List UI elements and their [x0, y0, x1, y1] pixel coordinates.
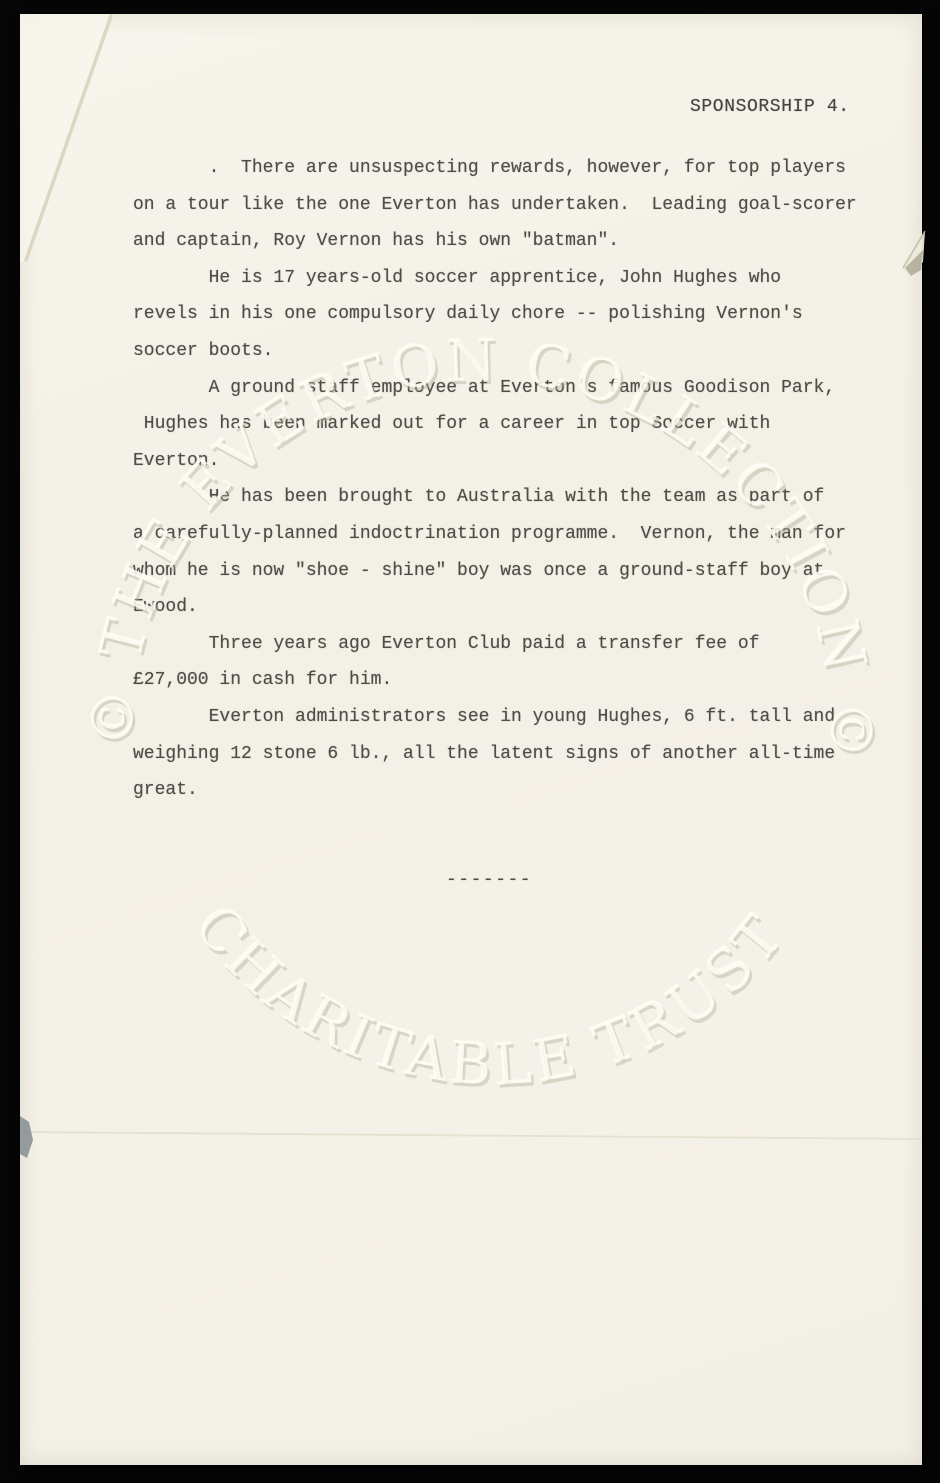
typed-line: Three years ago Everton Club paid a tran… — [133, 626, 893, 663]
typed-line: a carefully-planned indoctrination progr… — [133, 516, 893, 553]
typed-line: Everton. — [133, 443, 893, 480]
document-heading: SPONSORSHIP 4. — [690, 97, 850, 117]
typed-line: Ewood. — [133, 589, 893, 626]
typed-line: £27,000 in cash for him. — [133, 662, 893, 699]
typed-line: and captain, Roy Vernon has his own "bat… — [133, 223, 893, 260]
typed-divider: ------- — [446, 870, 532, 890]
typed-line: great. — [133, 772, 893, 809]
typed-line: Everton administrators see in young Hugh… — [133, 699, 893, 736]
typed-body: . There are unsuspecting rewards, howeve… — [133, 150, 893, 809]
typed-line: weighing 12 stone 6 lb., all the latent … — [133, 736, 893, 773]
typed-line: soccer boots. — [133, 333, 893, 370]
typed-line: Hughes has been marked out for a career … — [133, 406, 893, 443]
typed-line: revels in his one compulsory daily chore… — [133, 296, 893, 333]
typed-line: A ground staff employee at Everton's fam… — [133, 370, 893, 407]
typed-line: on a tour like the one Everton has under… — [133, 187, 893, 224]
typed-line: He is 17 years-old soccer apprentice, Jo… — [133, 260, 893, 297]
typed-line: . There are unsuspecting rewards, howeve… — [133, 150, 893, 187]
scan-background: SPONSORSHIP 4. . There are unsuspecting … — [0, 0, 940, 1483]
typed-line: whom he is now "shoe - shine" boy was on… — [133, 553, 893, 590]
typed-line: He has been brought to Australia with th… — [133, 479, 893, 516]
